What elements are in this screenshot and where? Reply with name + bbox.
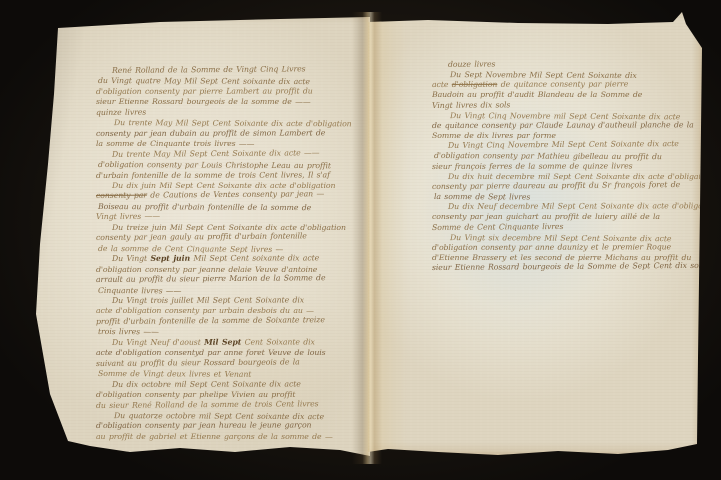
manuscript-line: douze livres — [432, 60, 700, 70]
left-page-text: René Rolland de la Somme de Vingt Cinq L… — [96, 66, 360, 448]
manuscript-line: quinze livres — [96, 106, 360, 119]
manuscript-page-left: René Rolland de la Somme de Vingt Cinq L… — [20, 14, 370, 466]
manuscript-line: René Rolland de la Somme de Vingt Cinq L… — [96, 66, 360, 76]
manuscript-line: Vingt livres dix sols — [432, 99, 700, 111]
manuscript-line: d'obligation consenty par anne daunizy e… — [432, 242, 700, 253]
manuscript-line: au proffit de gabriel et Etienne garçons… — [96, 432, 360, 442]
manuscript-line: sieur Etienne Rossard bourgeois de la So… — [432, 261, 700, 273]
manuscript-line: d'obligation consenty par pierre Lambert… — [96, 86, 360, 97]
manuscript-line: consenty par de Cautions de Ventes conse… — [96, 189, 360, 202]
manuscript-line: suivant au proffit du sieur Rossard bour… — [96, 357, 360, 370]
manuscript-line: d'obligation consenty par jean hureau le… — [96, 421, 360, 432]
manuscript-line: Du Vingt Cinq Novembre Mil Sept Cent Soi… — [432, 139, 700, 151]
manuscript-line: Du Vingt trois juillet Mil Sept Cent Soi… — [96, 295, 360, 306]
manuscript-line: acte d'obligation de quitance consenty p… — [432, 80, 700, 91]
manuscript-line: consenty par pierre daureau au proffit d… — [432, 180, 700, 192]
manuscript-line: Vingt livres —— — [96, 212, 360, 223]
manuscript-line: arrault au proffit du sieur pierre Mario… — [96, 273, 360, 286]
manuscript-line: Du dix Neuf decembre Mil Sept Cent Soixa… — [432, 201, 700, 212]
manuscript-line: Du Vingt Neuf d'aoust Mil Sept Cent Soix… — [96, 337, 360, 348]
right-page-text: douze livresDu Sept Novembre Mil Sept Ce… — [432, 60, 700, 280]
manuscript-line: du sieur René Rolland de la somme de tro… — [96, 398, 360, 411]
manuscript-line: proffit d'urbain fontenille de la somme … — [96, 315, 360, 328]
manuscript-line: Du dix octobre mil Sept Cent Soixante di… — [96, 379, 360, 390]
manuscript-line: d'urbain fontenille de la somme de trois… — [96, 170, 360, 181]
manuscript-page-right: douze livresDu Sept Novembre Mil Sept Ce… — [368, 8, 704, 462]
manuscript-line: sieur françois ferres de la somme de qui… — [432, 161, 700, 172]
manuscript-line: de quitance consenty par Claude Launay d… — [432, 120, 700, 131]
photo-backdrop: René Rolland de la Somme de Vingt Cinq L… — [0, 0, 721, 480]
manuscript-line: Du Vingt Sept juin Mil Sept Cent soixant… — [96, 253, 360, 264]
manuscript-line: consenty par jean dubain au proffit de s… — [96, 128, 360, 139]
manuscript-line: Du trente May Mil Sept Cent Soixante dix… — [96, 148, 360, 161]
manuscript-line: Somme de Cent Cinquante livres — [432, 220, 700, 232]
manuscript-line: consenty par jean gauly au proffit d'urb… — [96, 231, 360, 244]
